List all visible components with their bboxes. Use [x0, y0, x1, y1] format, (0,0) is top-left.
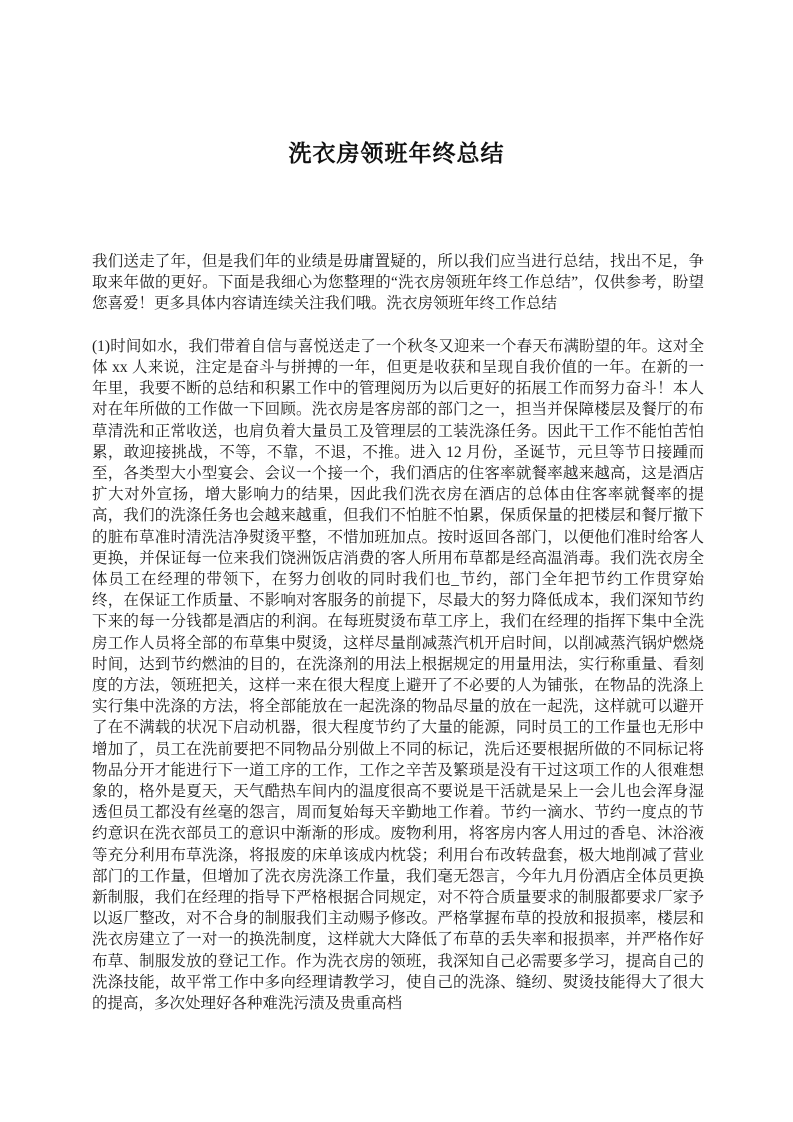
document-page: 洗衣房领班年终总结 我们送走了年，但是我们年的业绩是毋庸置疑的，所以我们应当进行… — [0, 0, 793, 1122]
document-body: 我们送走了年，但是我们年的业绩是毋庸置疑的，所以我们应当进行总结，找出不足，争取… — [92, 251, 704, 1014]
paragraph-intro: 我们送走了年，但是我们年的业绩是毋庸置疑的，所以我们应当进行总结，找出不足，争取… — [92, 251, 704, 315]
document-title: 洗衣房领班年终总结 — [0, 135, 793, 168]
paragraph-main: (1)时间如水，我们带着自信与喜悦送走了一个秋冬又迎来一个春天布满盼望的年。这对… — [92, 336, 704, 1015]
